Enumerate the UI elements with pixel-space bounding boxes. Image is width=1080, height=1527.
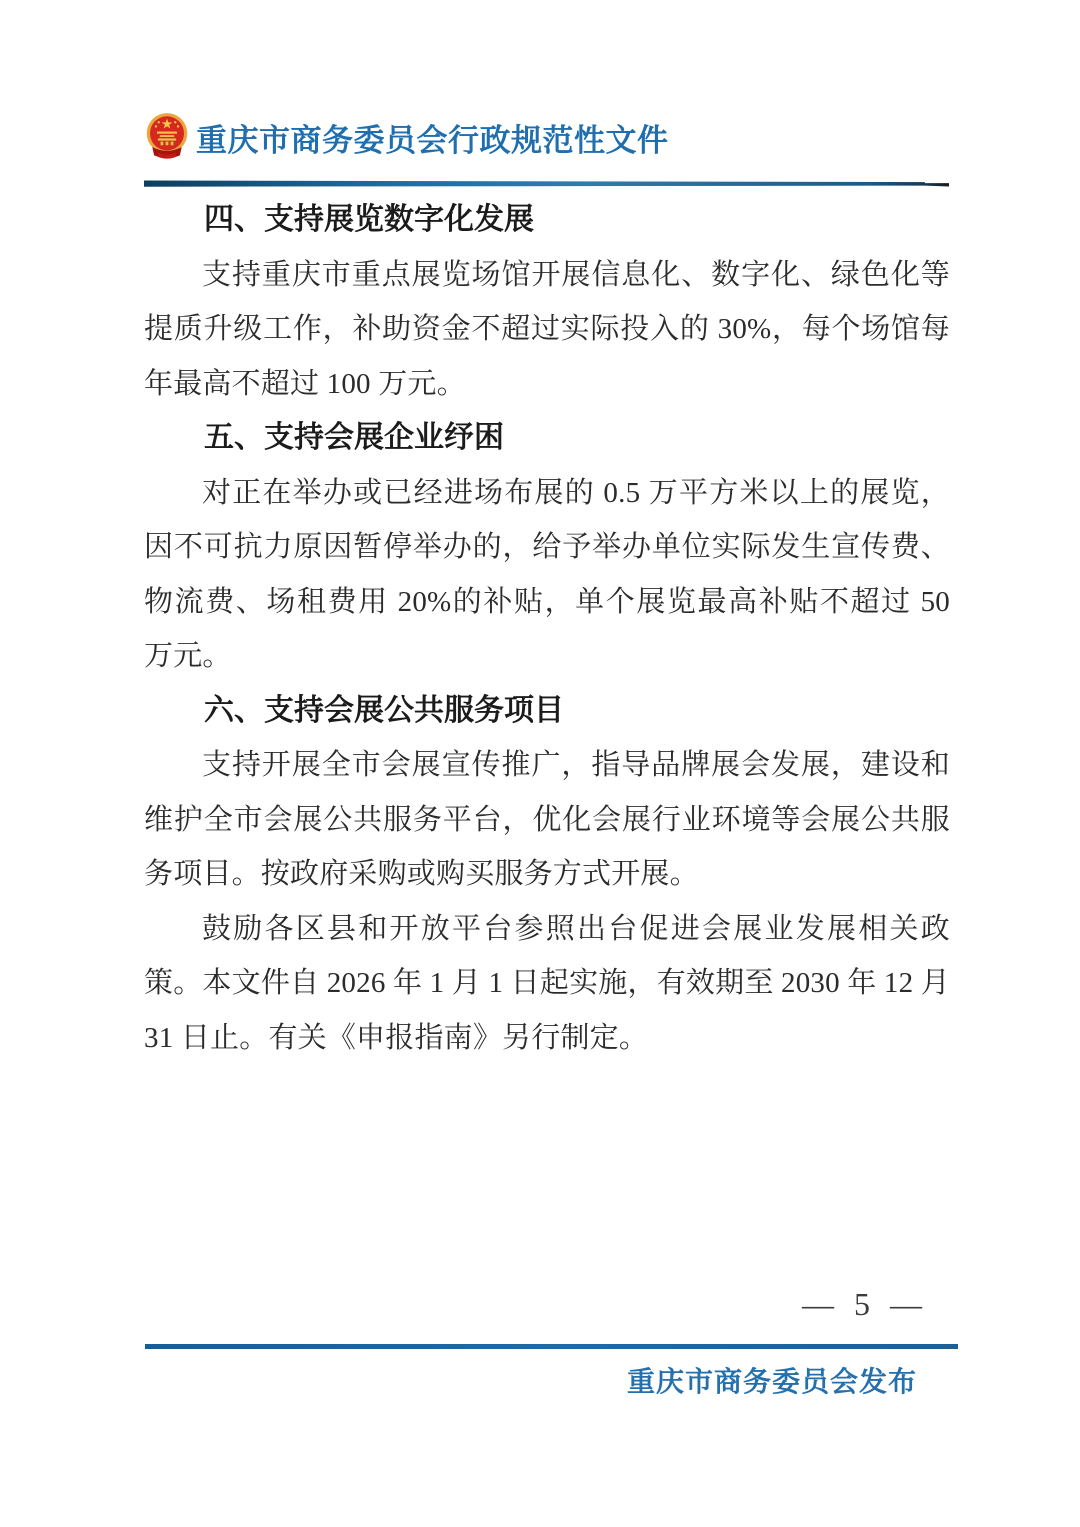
paragraph: 支持开展全市会展宣传推广，指导品牌展会发展，建设和维护全市会展公共服务平台，优化… bbox=[144, 738, 950, 902]
publisher-label: 重庆市商务委员会发布 bbox=[627, 1366, 917, 1397]
page-number: — 5 — bbox=[802, 1286, 928, 1323]
document-header: 重庆市商务委员会行政规范性文件 bbox=[144, 112, 954, 162]
paragraph: 支持重庆市重点展览场馆开展信息化、数字化、绿色化等提质升级工作，补助资金不超过实… bbox=[144, 248, 950, 412]
paragraph: 对正在举办或已经进场布展的 0.5 万平方米以上的展览，因不可抗力原因暂停举办的… bbox=[144, 466, 950, 684]
footer-divider-line bbox=[145, 1344, 958, 1349]
section-heading: 四、支持展览数字化发展 bbox=[144, 193, 950, 248]
section-4: 四、支持展览数字化发展 支持重庆市重点展览场馆开展信息化、数字化、绿色化等提质升… bbox=[144, 193, 950, 411]
header-divider-line bbox=[144, 180, 949, 187]
document-footer: 重庆市商务委员会发布 bbox=[627, 1360, 917, 1400]
section-6: 六、支持会展公共服务项目 支持开展全市会展宣传推广，指导品牌展会发展，建设和维护… bbox=[144, 684, 950, 1066]
section-heading: 六、支持会展公共服务项目 bbox=[144, 684, 950, 739]
paragraph: 鼓励各区县和开放平台参照出台促进会展业发展相关政策。本文件自 2026 年 1 … bbox=[144, 902, 950, 1066]
national-emblem-icon bbox=[144, 112, 190, 162]
header-title: 重庆市商务委员会行政规范性文件 bbox=[196, 115, 669, 160]
document-page: 重庆市商务委员会行政规范性文件 四、支持展览数字化发展 支持重庆市重点展览场馆开… bbox=[0, 0, 1080, 1527]
document-body: 四、支持展览数字化发展 支持重庆市重点展览场馆开展信息化、数字化、绿色化等提质升… bbox=[144, 193, 950, 1065]
section-heading: 五、支持会展企业纾困 bbox=[144, 411, 950, 466]
section-5: 五、支持会展企业纾困 对正在举办或已经进场布展的 0.5 万平方米以上的展览，因… bbox=[144, 411, 950, 684]
